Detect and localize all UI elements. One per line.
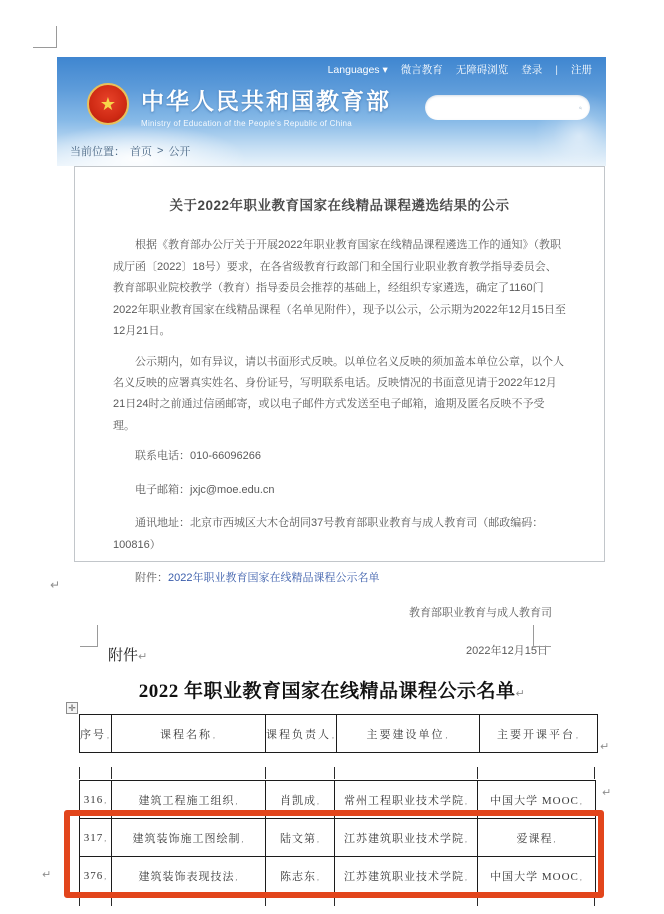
top-nav: Languages ▾ 微言教育 无障碍浏览 登录 | 注册 xyxy=(328,62,592,77)
site-logo: ★ 中华人民共和国教育部 Ministry of Education of th… xyxy=(87,83,391,128)
course-table-body: 316, 建筑工程施工组织, 肖凯成, 常州工程职业技术学院, 中国大学 MOO… xyxy=(79,780,596,895)
cell-no: 317, xyxy=(80,819,112,857)
course-table-header: 序号, 课程名称, 课程负责人, 主要建设单位, 主要开课平台, xyxy=(79,714,598,753)
chevron-down-icon: ▾ xyxy=(382,64,387,76)
col-header-org: 主要建设单位, xyxy=(337,715,480,753)
paragraph-mark: ↵ xyxy=(50,578,60,592)
site-title-en: Ministry of Education of the People's Re… xyxy=(141,119,391,128)
notice-paragraph-2: 公示期内，如有异议，请以书面形式反映。以单位名义反映的须加盖本单位公章，以个人名… xyxy=(113,352,566,438)
nav-register[interactable]: 注册 xyxy=(571,62,592,77)
nav-divider: | xyxy=(555,64,558,76)
notice-date: 2022年12月15日 xyxy=(113,641,566,662)
languages-menu[interactable]: Languages ▾ xyxy=(328,64,388,76)
attachment-label: 附件： xyxy=(135,572,168,584)
paragraph-mark: ↵ xyxy=(42,868,51,881)
logo-text: 中华人民共和国教育部 Ministry of Education of the … xyxy=(141,83,391,128)
nav-weixin-education[interactable]: 微言教育 xyxy=(401,62,443,77)
col-header-platform: 主要开课平台, xyxy=(480,715,598,753)
annex-label: 附件↵ xyxy=(108,644,147,665)
nav-accessibility[interactable]: 无障碍浏览 xyxy=(456,62,509,77)
page: Languages ▾ 微言教育 无障碍浏览 登录 | 注册 ★ 中华人民共和国… xyxy=(0,0,664,914)
column-tick xyxy=(594,767,595,779)
breadcrumb-home[interactable]: 首页 xyxy=(130,143,152,159)
notice-paragraph-1: 根据《教育部办公厅关于开展2022年职业教育国家在线精品课程遴选工作的通知》（教… xyxy=(113,235,566,342)
cell-platform: 中国大学 MOOC, xyxy=(478,857,596,895)
column-tick xyxy=(594,896,595,906)
column-tick xyxy=(111,896,112,906)
col-header-leader: 课程负责人, xyxy=(266,715,337,753)
column-tick xyxy=(477,896,478,906)
search-icon[interactable] xyxy=(579,101,582,115)
annex-text: 附件 xyxy=(108,648,138,664)
column-tick xyxy=(334,767,335,779)
table-row-376-highlighted: 376, 建筑装饰表现技法, 陈志东, 江苏建筑职业技术学院, 中国大学 MOO… xyxy=(80,857,596,895)
page-margin-mark-left xyxy=(80,625,98,647)
annex-paragraph-mark: ↵ xyxy=(138,650,147,663)
breadcrumb-current[interactable]: 公开 xyxy=(168,143,190,159)
notice-address: 通讯地址：北京市西城区大木仓胡同37号教育部职业教育与成人教育司（邮政编码：10… xyxy=(113,513,566,556)
column-tick xyxy=(79,767,80,779)
attachment-line: 附件：2022年职业教育国家在线精品课程公示名单 xyxy=(113,568,566,589)
cell-leader: 陈志东, xyxy=(266,857,335,895)
column-tick xyxy=(111,767,112,779)
site-title-cn: 中华人民共和国教育部 xyxy=(141,83,391,116)
nav-login[interactable]: 登录 xyxy=(521,62,542,77)
notice-title: 关于2022年职业教育国家在线精品课程遴选结果的公示 xyxy=(113,193,566,219)
notice-phone: 联系电话：010-66096266 xyxy=(113,446,566,467)
attachment-link[interactable]: 2022年职业教育国家在线精品课程公示名单 xyxy=(168,572,379,584)
col-header-no: 序号, xyxy=(80,715,112,753)
cell-course: 建筑装饰施工图绘制, xyxy=(112,819,266,857)
attachment-table-title-text: 2022 年职业教育国家在线精品课程公示名单 xyxy=(139,681,516,702)
cell-course: 建筑工程施工组织, xyxy=(112,781,266,819)
row-end-mark: ↵ xyxy=(600,740,609,753)
table-move-handle-icon[interactable]: ✛ xyxy=(66,702,78,714)
cell-no: 376, xyxy=(80,857,112,895)
search-input[interactable] xyxy=(425,95,579,120)
column-tick xyxy=(265,896,266,906)
breadcrumb: 当前位置： 首页 > 公开 xyxy=(70,143,190,159)
column-tick xyxy=(265,767,266,779)
page-margin-mark-top-left xyxy=(33,26,57,48)
notice-email: 电子邮箱：jxjc@moe.edu.cn xyxy=(113,480,566,501)
cell-leader: 肖凯成, xyxy=(266,781,335,819)
national-emblem-icon: ★ xyxy=(87,83,129,125)
search-box[interactable] xyxy=(425,95,590,120)
cell-leader: 陆文第, xyxy=(266,819,335,857)
table-row-316: 316, 建筑工程施工组织, 肖凯成, 常州工程职业技术学院, 中国大学 MOO… xyxy=(80,781,596,819)
page-margin-mark-right xyxy=(533,625,551,647)
cell-no: 316, xyxy=(80,781,112,819)
column-tick xyxy=(477,767,478,779)
column-tick xyxy=(334,896,335,906)
table-row-317-highlighted: 317, 建筑装饰施工图绘制, 陆文第, 江苏建筑职业技术学院, 爱课程, xyxy=(80,819,596,857)
languages-label: Languages xyxy=(328,64,380,76)
notice-card: 关于2022年职业教育国家在线精品课程遴选结果的公示 根据《教育部办公厅关于开展… xyxy=(74,166,605,562)
cell-platform: 爱课程, xyxy=(478,819,596,857)
cell-org: 江苏建筑职业技术学院, xyxy=(335,819,478,857)
col-header-course: 课程名称, xyxy=(112,715,266,753)
title-paragraph-mark: ↵ xyxy=(516,687,526,700)
moe-site-banner: Languages ▾ 微言教育 无障碍浏览 登录 | 注册 ★ 中华人民共和国… xyxy=(57,57,606,166)
cell-org: 常州工程职业技术学院, xyxy=(335,781,478,819)
attachment-table-title: 2022 年职业教育国家在线精品课程公示名单↵ xyxy=(0,676,664,703)
column-tick xyxy=(79,896,80,906)
breadcrumb-separator: > xyxy=(157,145,163,157)
breadcrumb-label: 当前位置： xyxy=(70,143,125,159)
cell-course: 建筑装饰表现技法, xyxy=(112,857,266,895)
notice-signer: 教育部职业教育与成人教育司 xyxy=(113,603,566,624)
header-row: 序号, 课程名称, 课程负责人, 主要建设单位, 主要开课平台, xyxy=(80,715,598,753)
emblem-star: ★ xyxy=(100,94,116,115)
cell-org: 江苏建筑职业技术学院, xyxy=(335,857,478,895)
cell-platform: 中国大学 MOOC, xyxy=(478,781,596,819)
row-end-mark: ↵ xyxy=(602,786,611,799)
